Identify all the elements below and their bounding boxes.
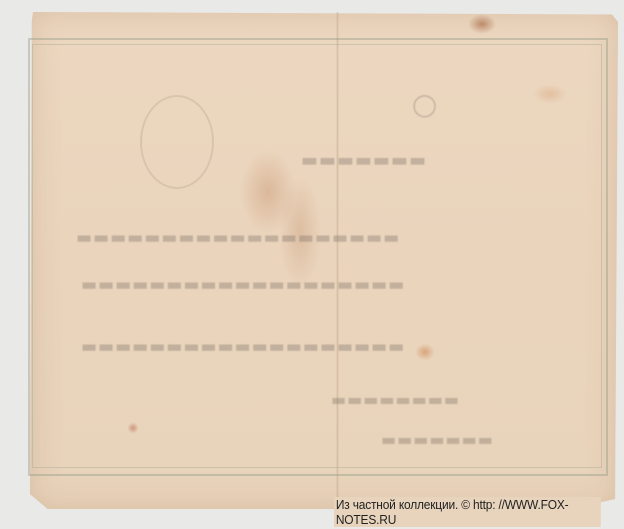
show-through-line: ▬▬▬▬▬▬▬▬ bbox=[330, 390, 459, 409]
show-through-line: ◯ bbox=[395, 92, 437, 118]
show-through-line: ▬▬▬▬▬▬▬▬▬▬▬▬▬▬▬▬▬▬▬ bbox=[80, 337, 404, 357]
show-through-line: ▬▬▬▬▬▬▬▬▬▬▬▬▬▬▬▬▬▬▬ bbox=[80, 275, 404, 295]
emblem-show-through bbox=[140, 95, 214, 189]
show-through-line: ▬▬▬▬▬▬▬ bbox=[380, 430, 493, 449]
show-through-line: ▬▬▬▬▬▬▬ bbox=[300, 150, 426, 171]
show-through-line: ▬▬▬▬▬▬▬▬▬▬▬▬▬▬▬▬▬▬▬ bbox=[75, 228, 399, 248]
banknote-border-inner bbox=[32, 44, 602, 468]
fold-crease bbox=[336, 12, 339, 509]
collection-caption: Из частной коллекции. © http: //WWW.FOX-… bbox=[334, 497, 601, 527]
